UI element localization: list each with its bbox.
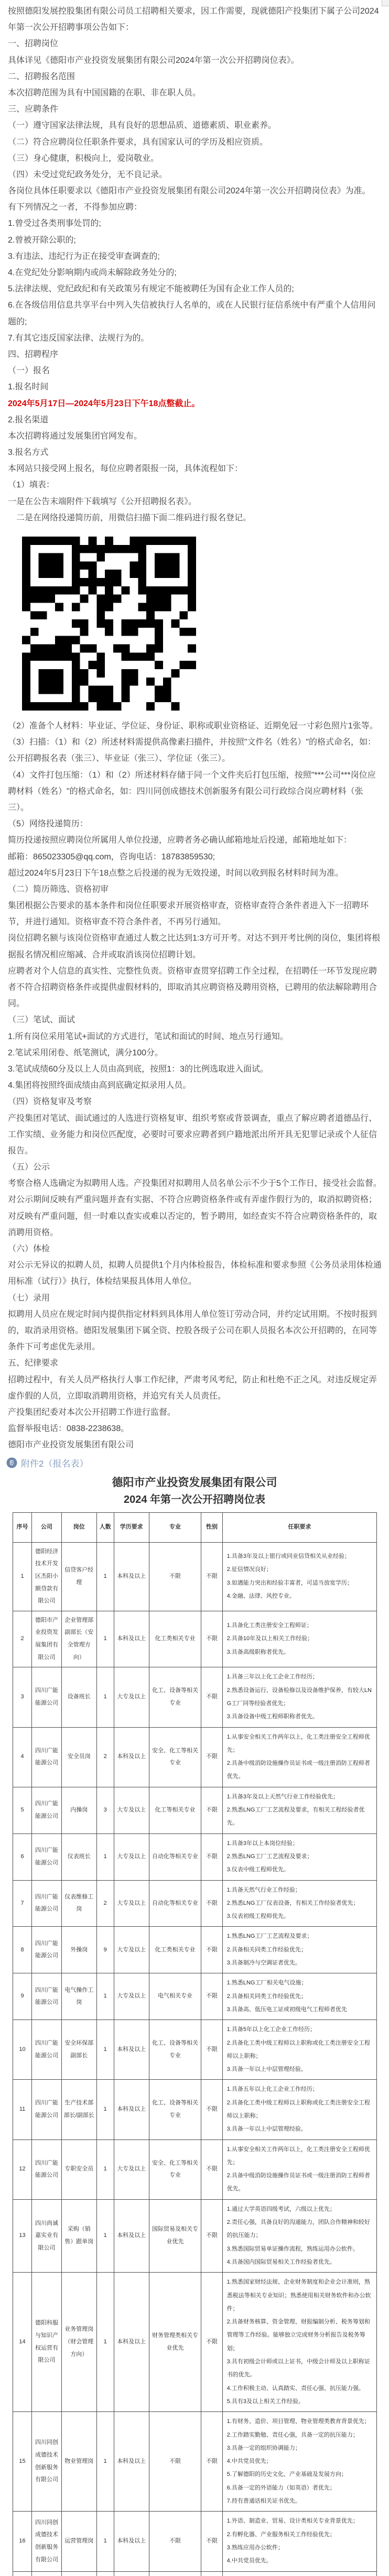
requirements-cell: 1.通过大学英语四级考试，六级以上优先； 2.责任心强，具备良好的沟通能力，团队…: [222, 2199, 376, 2272]
paragraph: 一是在公告末端附件下载填写《公开招聘报名表》。: [8, 494, 384, 510]
major-cell: 化工类相关专业: [149, 1927, 201, 1973]
row-number: 1: [13, 1542, 32, 1611]
paragraph: （二）简历筛选、资格初审: [8, 881, 384, 898]
company-cell: 四川广能能源公司: [32, 1880, 62, 1927]
headcount-cell: 1: [96, 2273, 114, 2412]
paragraph: （五）公示: [8, 1159, 384, 1175]
major-cell: 国际贸易及相关专业优先: [149, 2199, 201, 2272]
position-cell: 内操岗: [61, 1787, 96, 1833]
paragraph: 产投集团纪委对本次公开招聘工作进行监督。: [8, 1404, 384, 1421]
gender-cell: 不限: [201, 1833, 222, 1880]
paragraph: （三）身心健康，积极向上，爱岗敬业。: [8, 150, 384, 167]
headcount-cell: 1: [96, 2020, 114, 2080]
paragraph: 集团根据公告要求的基本条件和岗位任职要求开展资格审查，资格审查符合条件者进入下一…: [8, 898, 384, 930]
major-cell: 化工类相关专业: [149, 1611, 201, 1667]
paragraph: 监督举报电话：0838-2238638。: [8, 1421, 384, 1437]
position-cell: 物业管理岗: [61, 2412, 96, 2512]
gender-cell: 不限: [201, 1787, 222, 1833]
gender-cell: 不限: [201, 2020, 222, 2080]
gender-cell: 不限: [201, 1927, 222, 1973]
headcount-cell: 1: [96, 2080, 114, 2140]
requirements-cell: 1.具备3年及以上银行或同业信贷相关从业经验； 2.征信情况良好； 3.如遇能力…: [222, 1542, 376, 1611]
company-cell: 四川广能能源公司: [32, 1927, 62, 1973]
requirements-cell: 1.具备五年以上化工企业工作经历； 2.具备化工类中级工程师以上职称或化工类注册…: [222, 2080, 376, 2140]
gender-cell: 不限: [201, 2512, 222, 2571]
row-number: 16: [13, 2512, 32, 2571]
gender-cell: 不限: [201, 1667, 222, 1727]
attachment-label: 附件2（报名表）: [21, 1456, 88, 1469]
job-row: 6四川广能能源公司仪表班长1大专及以上自动化等相关专业不限1.具备3年以上本岗位…: [13, 1833, 377, 1880]
requirements-cell: 1.熟悉LNG工厂工艺流程及要求； 2.具备相关同类工作经验优先； 3.具备制冷…: [222, 1927, 376, 1973]
headcount-cell: 1: [96, 2512, 114, 2571]
paragraph: 二是在网络投递简历前，用微信扫描下面二维码进行报名登记。: [8, 510, 384, 526]
position-cell: 设备班长: [61, 1667, 96, 1727]
paragraph: （5）网络投递简历：: [8, 816, 384, 832]
column-header: 人数: [96, 1512, 114, 1542]
company-cell: 四川同创成德技术创新服务有限公司: [32, 2412, 62, 2512]
job-row: 14德阳科服与知识产权运营有限公司业务管理岗（财会管理方向）1本科及以上财务管理…: [13, 2273, 377, 2412]
paragraph: （七）录用: [8, 1290, 384, 1306]
position-cell: 信贷客户经理: [61, 1542, 96, 1611]
column-header: 性别: [201, 1512, 222, 1542]
qr-code: [22, 537, 196, 711]
position-cell: 仪表维修工岗: [61, 1880, 96, 1927]
paragraph: 4.集团将按照终面成绩由高到底确定拟录用人员。: [8, 1077, 384, 1094]
paragraph: 四、招聘程序: [8, 346, 384, 363]
paragraph: （六）体检: [8, 1241, 384, 1257]
scrollbar-fragment[interactable]: [382, 0, 389, 6]
paragraph: （2）准备个人材料：毕业证、学位证、身份证、职称或职业资格证、近期免冠一寸彩色照…: [8, 718, 384, 734]
empty-cell: [114, 2571, 149, 2576]
headcount-cell: 1: [96, 2140, 114, 2199]
job-row: 8四川广能能源公司外操岗9大专及以上化工类相关专业不限1.熟悉LNG工厂工艺流程…: [13, 1927, 377, 1973]
major-cell: 财务管理类相关专业优先: [149, 2273, 201, 2412]
announcement-body-bottom: （2）准备个人材料：毕业证、学位证、身份证、职称或职业资格证、近期免冠一寸彩色照…: [0, 718, 389, 1453]
row-number: 14: [13, 2273, 32, 2412]
headcount-cell: 1: [96, 1611, 114, 1667]
company-cell: 四川广能能源公司: [32, 1973, 62, 2020]
paragraph: 7.有其它违反国家法律、法规行为的。: [8, 330, 384, 346]
gender-cell: 不限: [201, 2273, 222, 2412]
paragraph: （一）报名: [8, 363, 384, 379]
job-row: 10四川广能能源公司安全环保部副部长1本科及以上化工、设备等相关专业不限1.具备…: [13, 2020, 377, 2080]
gender-cell: 不限: [201, 1880, 222, 1927]
paragraph: 1.曾受过各类刑事处罚的;: [8, 215, 384, 232]
headcount-cell: 2: [96, 1727, 114, 1787]
requirements-cell: 1.具备天然气行业工作经验； 2.熟悉LNG工厂仪表设备，有相关工作经验者优先；…: [222, 1880, 376, 1927]
paragraph: （三）笔试、面试: [8, 1012, 384, 1028]
paragraph: 应聘者对个人信息的真实性、完整性负责。资格审查贯穿招聘工作全过程，在招聘任一环节…: [8, 963, 384, 1012]
gender-cell: 不限: [201, 2412, 222, 2512]
paragraph: 二、招聘报名范围: [8, 69, 384, 85]
table-title-subtitle: 2024 年第一次公开招聘岗位表: [0, 1492, 389, 1508]
position-cell: 安全员岗: [61, 1727, 96, 1787]
position-cell: 业务管理岗（财会管理方向）: [61, 2273, 96, 2412]
paragraph: 一、招聘岗位: [8, 36, 384, 52]
paragraph: 3.报名方式: [8, 444, 384, 461]
job-row: 5四川广能能源公司内操岗3大专及以上化工等相关专业不限1.具备3年及以上天然气行…: [13, 1787, 377, 1833]
major-cell: 电气相关专业: [149, 1973, 201, 2020]
education-cell: 本科及以上: [114, 1727, 149, 1787]
row-number: 6: [13, 1833, 32, 1880]
paragraph: 6.在各级信用信息共享平台中列入失信被执行人名单的，或在人民银行征信系统中有严重…: [8, 297, 384, 330]
job-row: 9四川广能能源公司电气操作工岗1大专及以上电气相关专业不限1.熟悉LNG工厂相关…: [13, 1973, 377, 2020]
requirements-cell: 1.熟悉LNG工厂相关电气设施； 2.具备相关同类工作经验优先； 3.具备高、低…: [222, 1973, 376, 2020]
headcount-cell: 1: [96, 1833, 114, 1880]
paragraph: （四）未受过党纪政务处分，无不良记录。: [8, 167, 384, 183]
paragraph: 5.法律法规、党纪政纪和有关政策另有规定不能被聘任为国有企业工作人员的;: [8, 281, 384, 297]
major-cell: 自动化等相关专业: [149, 1833, 201, 1880]
paragraph: （一）遵守国家法律法规，具有良好的思想品质、道德素质、职业素养。: [8, 117, 384, 134]
company-cell: 四川同创成德技术创新服务有限公司: [32, 2512, 62, 2571]
job-row: 13四川尚诚嘉实业有限公司采购（销售）跟单岗1本科及以上国际贸易及相关专业优先不…: [13, 2199, 377, 2272]
job-row: 7四川广能能源公司仪表维修工岗2大专及以上自动化等相关专业不限1.具备天然气行业…: [13, 1880, 377, 1927]
gender-cell: 不限: [201, 1973, 222, 2020]
paragraph: 2.报名渠道: [8, 412, 384, 428]
position-cell: 仪表班长: [61, 1833, 96, 1880]
paragraph: 按照德阳发展控股集团有限公司员工招聘相关要求，因工作需要，现就德阳产投集团下属子…: [8, 3, 384, 36]
row-number: 15: [13, 2412, 32, 2512]
empty-cell: [149, 2571, 201, 2576]
job-row: 12四川广能能源公司专职安全员1大专及以上安全、化工等相关专业不限1.从事安全相…: [13, 2140, 377, 2199]
paragraph: 有下列情况之一者，不得参加应聘：: [8, 199, 384, 215]
major-cell: 化工等相关专业: [149, 1787, 201, 1833]
company-cell: 四川广能能源公司: [32, 2140, 62, 2199]
paragraph: 五、纪律要求: [8, 1355, 384, 1371]
gender-cell: 不限: [201, 1727, 222, 1787]
position-cell: 安全环保部副部长: [61, 2020, 96, 2080]
paragraph: 邮箱：865023305@qq.com，咨询电话：18783859530;: [8, 849, 384, 865]
row-number: 12: [13, 2140, 32, 2199]
job-row-clipped: [13, 2571, 377, 2576]
paragraph: 具体详见《德阳市产业投资发展集团有限公司2024年第一次公开招聘岗位表》。: [8, 52, 384, 69]
paragraph: 简历投递按照应聘岗位所属用人单位投递，应聘者务必确认邮箱地址后投递，邮箱地址如下…: [8, 832, 384, 848]
company-cell: 四川广能能源公司: [32, 1667, 62, 1727]
row-number: 10: [13, 2020, 32, 2080]
company-cell: 四川广能能源公司: [32, 2020, 62, 2080]
education-cell: 大专及以上: [114, 1880, 149, 1927]
position-cell: 专职安全员: [61, 2140, 96, 2199]
paragraph: 1.所有岗位采用笔试+面试的方式进行，笔试和面试的时间、地点另行通知。: [8, 1029, 384, 1045]
gender-cell: 不限: [201, 1542, 222, 1611]
paragraph: （4）文件打包压缩：（1）和（2）所述材料存储于同一个文件夹后打包压缩，按照"*…: [8, 767, 384, 816]
paragraph: 岗位招聘名额与该岗位资格审查通过人数之比达到1:3方可开考。对达不到开考比例的岗…: [8, 930, 384, 963]
announcement-page: 按照德阳发展控股集团有限公司员工招聘相关要求，因工作需要，现就德阳产投集团下属子…: [0, 0, 389, 2576]
position-cell: 外操岗: [61, 1927, 96, 1973]
headcount-cell: 1: [96, 1542, 114, 1611]
paragraph: 产投集团对笔试、面试通过的人选进行资格复审、组织考察或背景调查，重点了解应聘者道…: [8, 1110, 384, 1160]
company-cell: 德阳科服与知识产权运营有限公司: [32, 2273, 62, 2412]
row-number: 3: [13, 1667, 32, 1727]
company-cell: 四川广能能源公司: [32, 1787, 62, 1833]
major-cell: 不限: [149, 2512, 201, 2571]
major-cell: 自动化等相关专业: [149, 1880, 201, 1927]
job-row: 15四川同创成德技术创新服务有限公司物业管理岗1本科及以上不限不限1.有财务、造…: [13, 2412, 377, 2512]
requirements-cell: 1.具备3年及以上天然气行业工作经验优先； 2.熟悉LNG工厂工艺流程及要求，有…: [222, 1787, 376, 1833]
job-row: 4四川广能能源公司安全员岗2本科及以上安全、化工等相关专业不限1.从事安全相关工…: [13, 1727, 377, 1787]
paragraph: 招聘过程中，有关人员严格执行人事工作纪律，严肃考风考纪，防止和杜绝不正之风。对违…: [8, 1372, 384, 1404]
company-cell: 四川尚诚嘉实业有限公司: [32, 2199, 62, 2272]
company-cell: 德阳经济技术开发区杰阳小额贷款有限公司: [32, 1542, 62, 1611]
paragraph: （四）资格复审及考察: [8, 1094, 384, 1110]
requirements-cell: 1.熟悉国家财经法规、企业财务制度和企业会计准则，熟悉税法等相关专业知识；熟悉使…: [222, 2273, 376, 2412]
job-row: 11四川广能能源公司生产技术部部长/副部长1本科及以上化工、设备等相关专业不限1…: [13, 2080, 377, 2140]
education-cell: 本科及以上: [114, 2199, 149, 2272]
paragraph: （1）填表：: [8, 477, 384, 493]
education-cell: 本科及以上: [114, 2080, 149, 2140]
headcount-cell: 3: [96, 1787, 114, 1833]
paragraph: 4.在党纪处分影响期内或尚未解除政务处分的;: [8, 265, 384, 281]
row-number: 7: [13, 1880, 32, 1927]
requirements-cell: 1.外语、制造业、贸易、设计类相关专业背景优先； 2.有孵化器、产业服务相关工作…: [222, 2512, 376, 2571]
empty-cell: [222, 2571, 376, 2576]
empty-cell: [201, 2571, 222, 2576]
empty-cell: [96, 2571, 114, 2576]
requirements-cell: 1.从事安全相关工作两年以上，化工类注册安全工程师优先； 2.具备中级消防设施操…: [222, 2140, 376, 2199]
education-cell: 大专及以上: [114, 1973, 149, 2020]
company-cell: 四川广能能源公司: [32, 2080, 62, 2140]
empty-cell: [32, 2571, 62, 2576]
requirements-cell: 1.从事安全相关工作两年以上，化工类注册安全工程师优先； 2.具备中级消防设施操…: [222, 1727, 376, 1787]
education-cell: 本科及以上: [114, 2412, 149, 2512]
deadline-text: 2024年5月17日—2024年5月23日下午18点整截止。: [8, 396, 384, 412]
paragraph: 三、应聘条件: [8, 101, 384, 117]
company-cell: 四川广能能源公司: [32, 1833, 62, 1880]
job-row: 16四川同创成德技术创新服务有限公司运营管理岗1本科及以上不限不限1.外语、制造…: [13, 2512, 377, 2571]
paragraph: 超过2024年5月23日下午18点整之后投递的视为无效投递，时间以收到报名材料时…: [8, 865, 384, 881]
paragraph: 3.有违法、违纪行为正在接受审查调查的;: [8, 248, 384, 265]
paragraph: 各岗位具体任职要求以《德阳市产业投资发展集团有限公司2024年第一次公开招聘岗位…: [8, 183, 384, 199]
paragraph: 1.报名时间: [8, 379, 384, 395]
paragraph: 2.曾被开除公职的;: [8, 232, 384, 248]
row-number: 9: [13, 1973, 32, 2020]
major-cell: 化工、设备等相关专业: [149, 2020, 201, 2080]
gender-cell: 不限: [201, 2080, 222, 2140]
education-cell: 本科及以上: [114, 1611, 149, 1667]
paragraph: 2.笔试采用闭卷、纸笔测试，满分100分。: [8, 1045, 384, 1061]
paragraph: 本次招聘将通过发展集团官网发布。: [8, 428, 384, 444]
table-header-row: 序号公司岗位人数学历要求专业性别任职要求: [13, 1512, 377, 1542]
requirements-cell: 1.具备5年以上化工企业工作经历； 2.具备化工类中级工程师以上职称或化工类注册…: [222, 2020, 376, 2080]
paperclip-icon: [6, 1457, 17, 1468]
major-cell: 安全、化工等相关专业: [149, 1727, 201, 1787]
position-cell: 采购（销售）跟单岗: [61, 2199, 96, 2272]
table-title-company: 德阳市产业投资发展集团有限公司: [0, 1475, 389, 1492]
paragraph: 拟聘用人员应在规定时间内提供指定材料到具体用人单位签订劳动合同，并约定试用期。不…: [8, 1306, 384, 1356]
headcount-cell: 1: [96, 1667, 114, 1727]
paragraph: （3）扫描：（1）和（2）所述材料需提供高像素扫描件，并按照"文件名（姓名）"的…: [8, 734, 384, 767]
column-header: 公司: [32, 1512, 62, 1542]
paragraph: 考察合格人选确定为拟聘用人选。产投集团对拟聘用人员名单公示不少于5个工作日，接受…: [8, 1175, 384, 1241]
education-cell: 大专及以上: [114, 1667, 149, 1727]
paragraph: 对公示无异议的拟聘人员，拟聘人员提供1个月内体检报告，体检标准和要求参照《公务员…: [8, 1257, 384, 1290]
job-row: 2德阳市产业投资发展集团有限公司企业管理部副部长（安全管理方向）1本科及以上化工…: [13, 1611, 377, 1667]
row-number: 13: [13, 2199, 32, 2272]
headcount-cell: 1: [96, 1973, 114, 2020]
row-number: 5: [13, 1787, 32, 1833]
position-cell: 电气操作工岗: [61, 1973, 96, 2020]
empty-cell: [61, 2571, 96, 2576]
education-cell: 本科及以上: [114, 2512, 149, 2571]
education-cell: 大专及以上: [114, 1787, 149, 1833]
position-cell: 企业管理部副部长（安全管理方向）: [61, 1611, 96, 1667]
requirements-cell: 1.有财务、造价、项目管理、物业管理类教育背景优先； 2.工作踏实勤勉、责任心强…: [222, 2412, 376, 2512]
headcount-cell: 1: [96, 2199, 114, 2272]
paragraph: 本网站只接受网上报名，每位应聘者限报一岗，具体流程如下：: [8, 461, 384, 477]
column-header: 学历要求: [114, 1512, 149, 1542]
requirements-cell: 1.具备三年以上化工企业工作经历； 2.熟悉设备运行、设备检修以及设备维护保养，…: [222, 1667, 376, 1727]
headcount-cell: 9: [96, 1927, 114, 1973]
company-cell: 德阳市产业投资发展集团有限公司: [32, 1611, 62, 1667]
headcount-cell: 1: [96, 2412, 114, 2512]
paragraph: 本次招聘范围为具有中国国籍的在职、非在职人员。: [8, 85, 384, 101]
position-cell: 生产技术部部长/副部长: [61, 2080, 96, 2140]
column-header: 序号: [13, 1512, 32, 1542]
position-cell: 运营管理岗: [61, 2512, 96, 2571]
major-cell: 化工、设备等相关专业: [149, 2080, 201, 2140]
row-number: 8: [13, 1927, 32, 1973]
announcement-body-top: 按照德阳发展控股集团有限公司员工招聘相关要求，因工作需要，现就德阳产投集团下属子…: [0, 3, 389, 526]
column-header: 岗位: [61, 1512, 96, 1542]
paragraph: 德阳市产业投资发展集团有限公司: [8, 1437, 384, 1453]
paragraph: （二）符合应聘岗位任职条件要求，具有国家认可的学历及相应资质。: [8, 134, 384, 150]
education-cell: 本科及以上: [114, 1542, 149, 1611]
empty-cell: [13, 2571, 32, 2576]
education-cell: 大专及以上: [114, 1927, 149, 1973]
job-row: 3四川广能能源公司设备班长1大专及以上化工、设备等相关专业不限1.具备三年以上化…: [13, 1667, 377, 1727]
major-cell: 安全、化工等相关专业: [149, 2140, 201, 2199]
requirements-cell: 1.具备化工类注册安全工程师证； 2.具备10年及以上相关工作经验； 3.具备高…: [222, 1611, 376, 1667]
column-header: 任职要求: [222, 1512, 376, 1542]
column-header: 专业: [149, 1512, 201, 1542]
gender-cell: 不限: [201, 2199, 222, 2272]
major-cell: 不限: [149, 1542, 201, 1611]
row-number: 4: [13, 1727, 32, 1787]
headcount-cell: 2: [96, 1880, 114, 1927]
education-cell: 大专及以上: [114, 2140, 149, 2199]
education-cell: 大专及以上: [114, 1833, 149, 1880]
company-cell: 四川广能能源公司: [32, 1727, 62, 1787]
requirements-cell: 1.具备3年以上本岗位经验； 2.熟悉LNG工厂工艺流程及要求； 3.仪表中级工…: [222, 1833, 376, 1880]
education-cell: 本科及以上: [114, 2273, 149, 2412]
major-cell: 不限: [149, 2412, 201, 2512]
paragraph: 3.笔试成绩60分及以上人员由高到底，按照1：3的比例选取进入面试。: [8, 1061, 384, 1077]
gender-cell: 不限: [201, 2140, 222, 2199]
education-cell: 本科及以上: [114, 2020, 149, 2080]
job-positions-table: 序号公司岗位人数学历要求专业性别任职要求 1德阳经济技术开发区杰阳小额贷款有限公…: [13, 1512, 377, 2576]
row-number: 11: [13, 2080, 32, 2140]
job-row: 1德阳经济技术开发区杰阳小额贷款有限公司信贷客户经理1本科及以上不限不限1.具备…: [13, 1542, 377, 1611]
row-number: 2: [13, 1611, 32, 1667]
major-cell: 化工、设备等相关专业: [149, 1667, 201, 1727]
attachment-link[interactable]: 附件2（报名表）: [6, 1456, 389, 1469]
gender-cell: 不限: [201, 1611, 222, 1667]
